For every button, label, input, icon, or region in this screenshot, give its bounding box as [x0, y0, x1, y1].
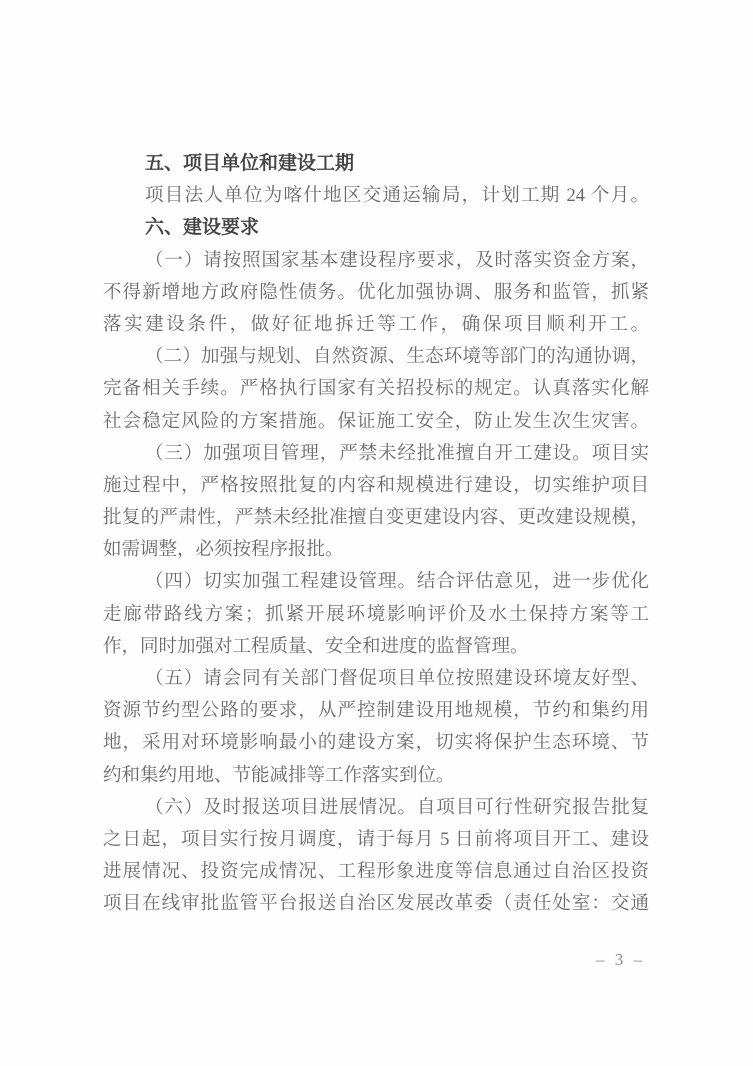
- body-line: 落实建设条件，做好征地拆迁等工作，确保项目顺利开工。: [103, 309, 649, 341]
- heading-line: 六、建设要求: [103, 212, 649, 244]
- body-line: 资源节约型公路的要求，从严控制建设用地规模，节约和集约用: [103, 695, 649, 727]
- body-line: （三）加强项目管理，严禁未经批准擅自开工建设。项目实: [103, 438, 649, 470]
- body-line: （六）及时报送项目进展情况。自项目可行性研究报告批复: [103, 792, 649, 824]
- body-line: 批复的严肃性，严禁未经批准擅自变更建设内容、更改建设规模，: [103, 502, 649, 534]
- body-line: 完备相关手续。严格执行国家有关招投标的规定。认真落实化解: [103, 373, 649, 405]
- body-line: 不得新增地方政府隐性债务。优化加强协调、服务和监管，抓紧: [103, 277, 649, 309]
- body-line: 进展情况、投资完成情况、工程形象进度等信息通过自治区投资: [103, 856, 649, 888]
- body-line: 如需调整，必须按程序报批。: [103, 534, 649, 566]
- body-line: 社会稳定风险的方案措施。保证施工安全，防止发生次生灾害。: [103, 406, 649, 438]
- body-line: 之日起，项目实行按月调度，请于每月 5 日前将项目开工、建设: [103, 824, 649, 856]
- body-line: 项目法人单位为喀什地区交通运输局，计划工期 24 个月。: [103, 180, 649, 212]
- body-line: （一）请按照国家基本建设程序要求，及时落实资金方案，: [103, 245, 649, 277]
- heading-line: 五、项目单位和建设工期: [103, 148, 649, 180]
- body-line: （五）请会同有关部门督促项目单位按照建设环境友好型、: [103, 663, 649, 695]
- body-line: 地，采用对环境影响最小的建设方案，切实将保护生态环境、节: [103, 727, 649, 759]
- page-number: – 3 –: [596, 950, 645, 970]
- document-page: 五、项目单位和建设工期项目法人单位为喀什地区交通运输局，计划工期 24 个月。六…: [0, 0, 753, 1066]
- body-line: 作，同时加强对工程质量、安全和进度的监督管理。: [103, 631, 649, 663]
- body-line: （四）切实加强工程建设管理。结合评估意见，进一步优化: [103, 566, 649, 598]
- text-block: 五、项目单位和建设工期项目法人单位为喀什地区交通运输局，计划工期 24 个月。六…: [103, 148, 649, 921]
- body-line: 走廊带路线方案；抓紧开展环境影响评价及水土保持方案等工: [103, 599, 649, 631]
- body-line: 项目在线审批监管平台报送自治区发展改革委（责任处室：交通: [103, 888, 649, 920]
- body-line: 约和集约用地、节能减排等工作落实到位。: [103, 760, 649, 792]
- body-line: （二）加强与规划、自然资源、生态环境等部门的沟通协调，: [103, 341, 649, 373]
- body-line: 施过程中，严格按照批复的内容和规模进行建设，切实维护项目: [103, 470, 649, 502]
